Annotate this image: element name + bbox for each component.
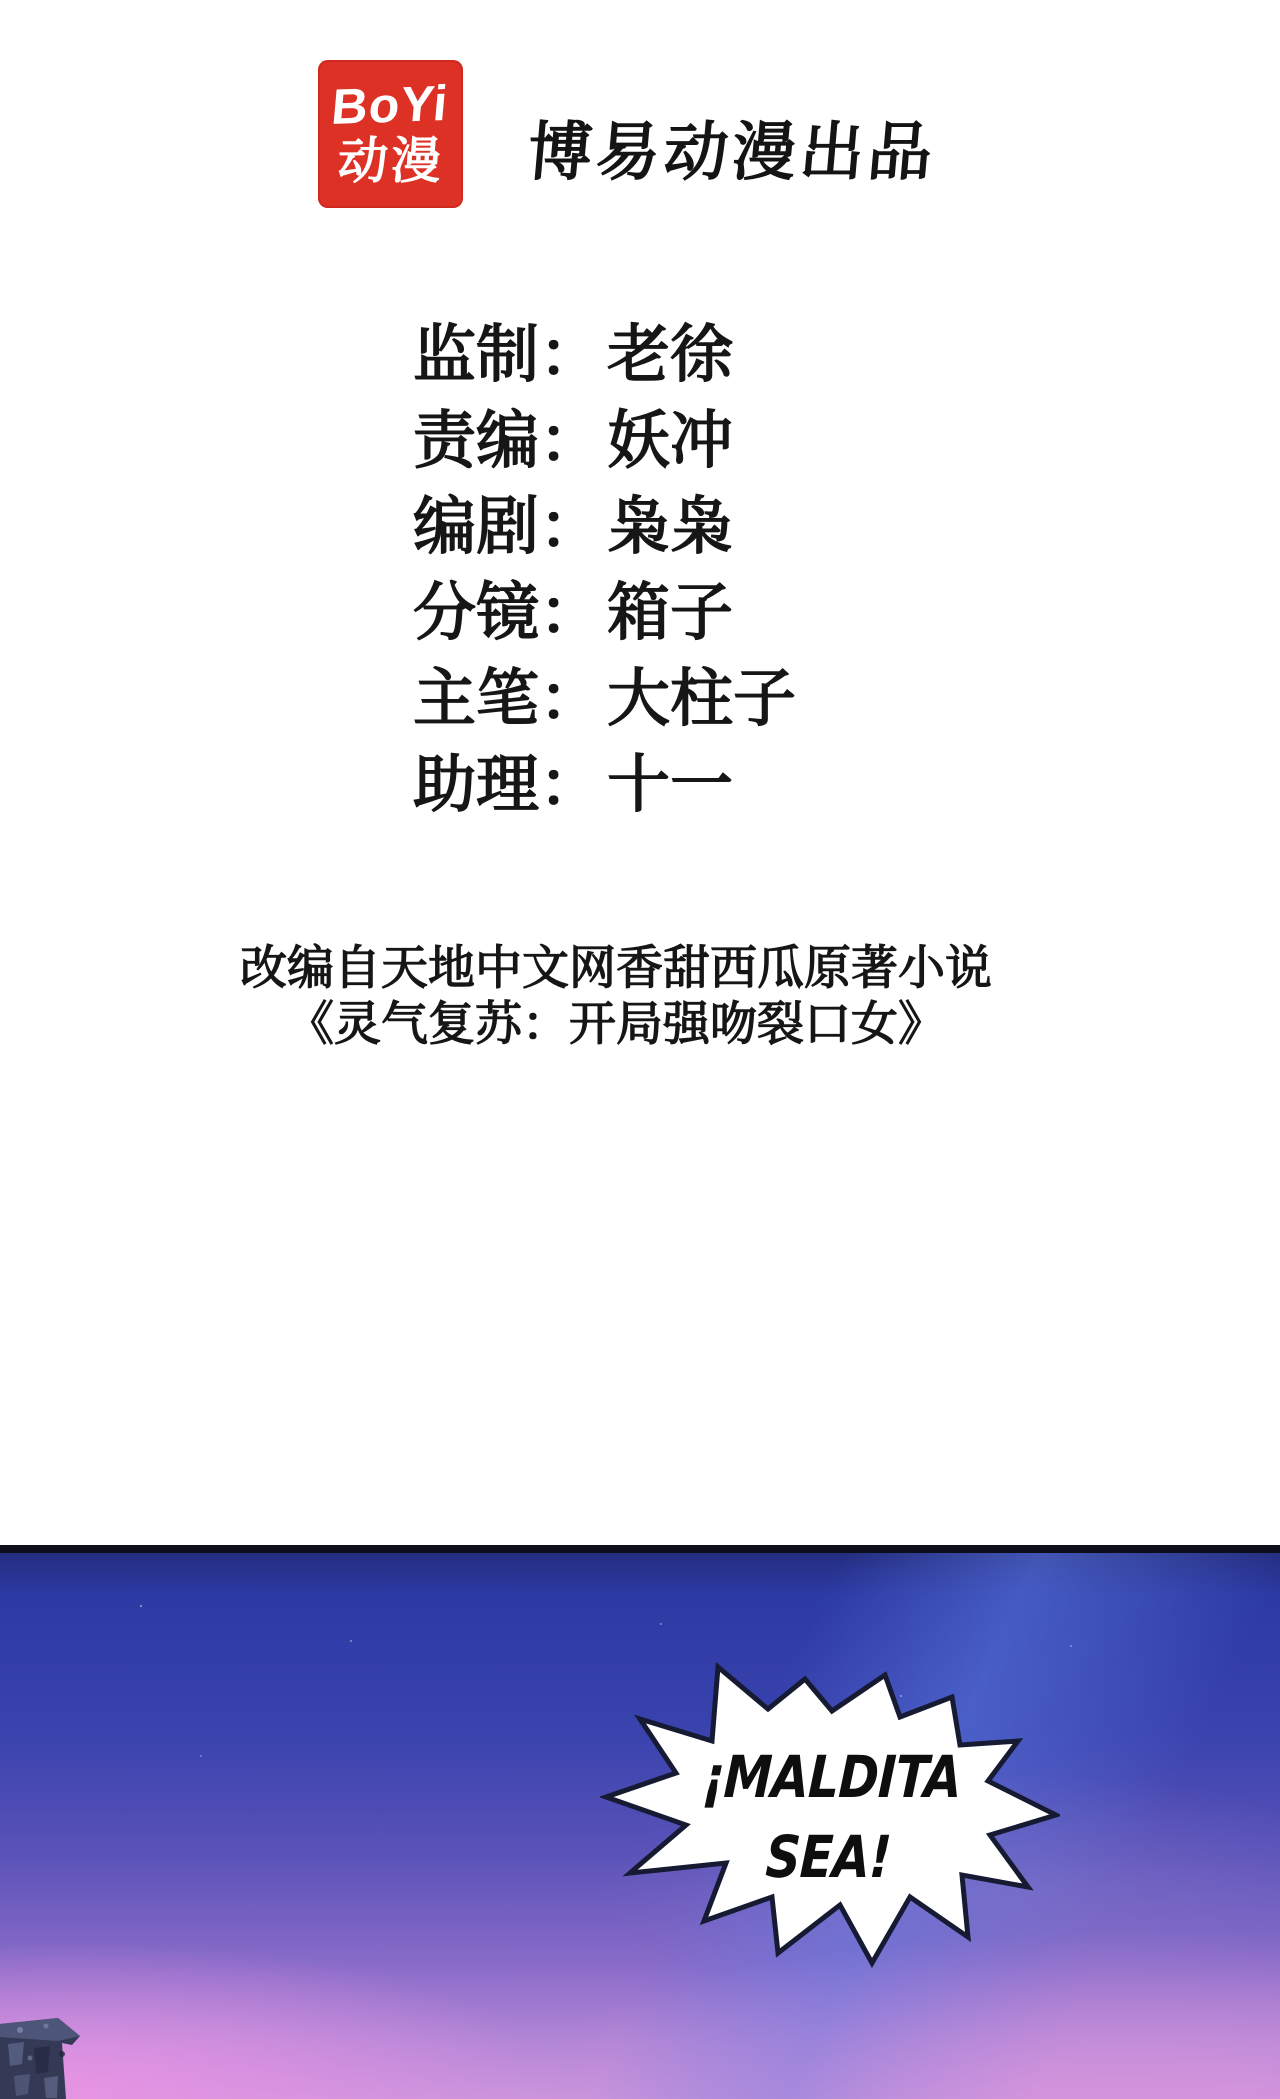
comic-panel: ¡MALDITA SEA! [0,1545,1280,2099]
credit-role: 监制 [413,320,539,390]
logo-text-dongman: 动漫 [336,133,446,189]
rock-pillar [0,2014,100,2099]
credit-role: 编剧 [413,492,539,562]
comic-credits-page: BoYi 动漫 博易动漫出品 监制：老徐 责编：妖冲 编剧：枭枭 分镜：箱子 主… [0,0,1280,2099]
credits-list: 监制：老徐 责编：妖冲 编剧：枭枭 分镜：箱子 主笔：大柱子 助理：十一 [413,312,796,828]
credit-row-assistant: 助理：十一 [413,742,796,828]
credit-colon: ： [539,320,602,390]
publisher-logo: BoYi 动漫 [318,60,463,208]
credit-name: 老徐 [607,320,733,390]
panel-top-border [0,1545,1280,1553]
credit-row-storyboard: 分镜：箱子 [413,570,796,656]
credit-name: 枭枭 [607,492,733,562]
credit-name: 箱子 [607,578,733,648]
credit-colon: ： [539,406,602,476]
adaptation-note: 改编自天地中文网香甜西瓜原著小说 《灵气复苏：开局强吻裂口女》 [0,940,1232,1052]
credit-role: 主笔 [413,664,539,734]
credit-role: 责编 [413,406,539,476]
credit-name: 妖冲 [607,406,733,476]
adaptation-line2: 《灵气复苏：开局强吻裂口女》 [0,996,1232,1052]
credit-colon: ： [539,492,602,562]
bubble-text: ¡MALDITA SEA! [633,1737,1026,1897]
credit-row-lead-artist: 主笔：大柱子 [413,656,796,742]
credit-colon: ： [539,750,602,820]
speech-bubble: ¡MALDITA SEA! [600,1645,1060,1975]
credit-name: 大柱子 [607,664,796,734]
bubble-line1: ¡MALDITA [637,1737,1027,1817]
publisher-name: 博易动漫出品 [525,112,940,192]
credit-role: 助理 [413,750,539,820]
adaptation-line1: 改编自天地中文网香甜西瓜原著小说 [0,940,1232,996]
credit-colon: ： [539,664,602,734]
credit-name: 十一 [607,750,733,820]
credit-row-screenwriter: 编剧：枭枭 [413,484,796,570]
credit-colon: ： [539,578,602,648]
credit-role: 分镜 [413,578,539,648]
credit-row-supervisor: 监制：老徐 [413,312,796,398]
star-specks [140,1605,142,1607]
credit-row-editor: 责编：妖冲 [413,398,796,484]
logo-text-boyi: BoYi [330,77,451,133]
bubble-line2: SEA! [633,1817,1023,1897]
